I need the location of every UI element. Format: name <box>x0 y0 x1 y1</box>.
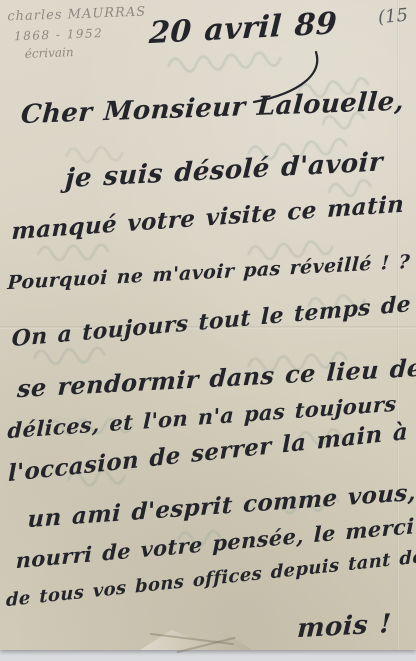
letter-closing: mois ! <box>296 609 392 644</box>
scan-background: charles MAURRAS 1868 - 1952 écrivain (15… <box>0 0 416 661</box>
letter-paper: charles MAURRAS 1868 - 1952 écrivain (15… <box>0 0 416 650</box>
